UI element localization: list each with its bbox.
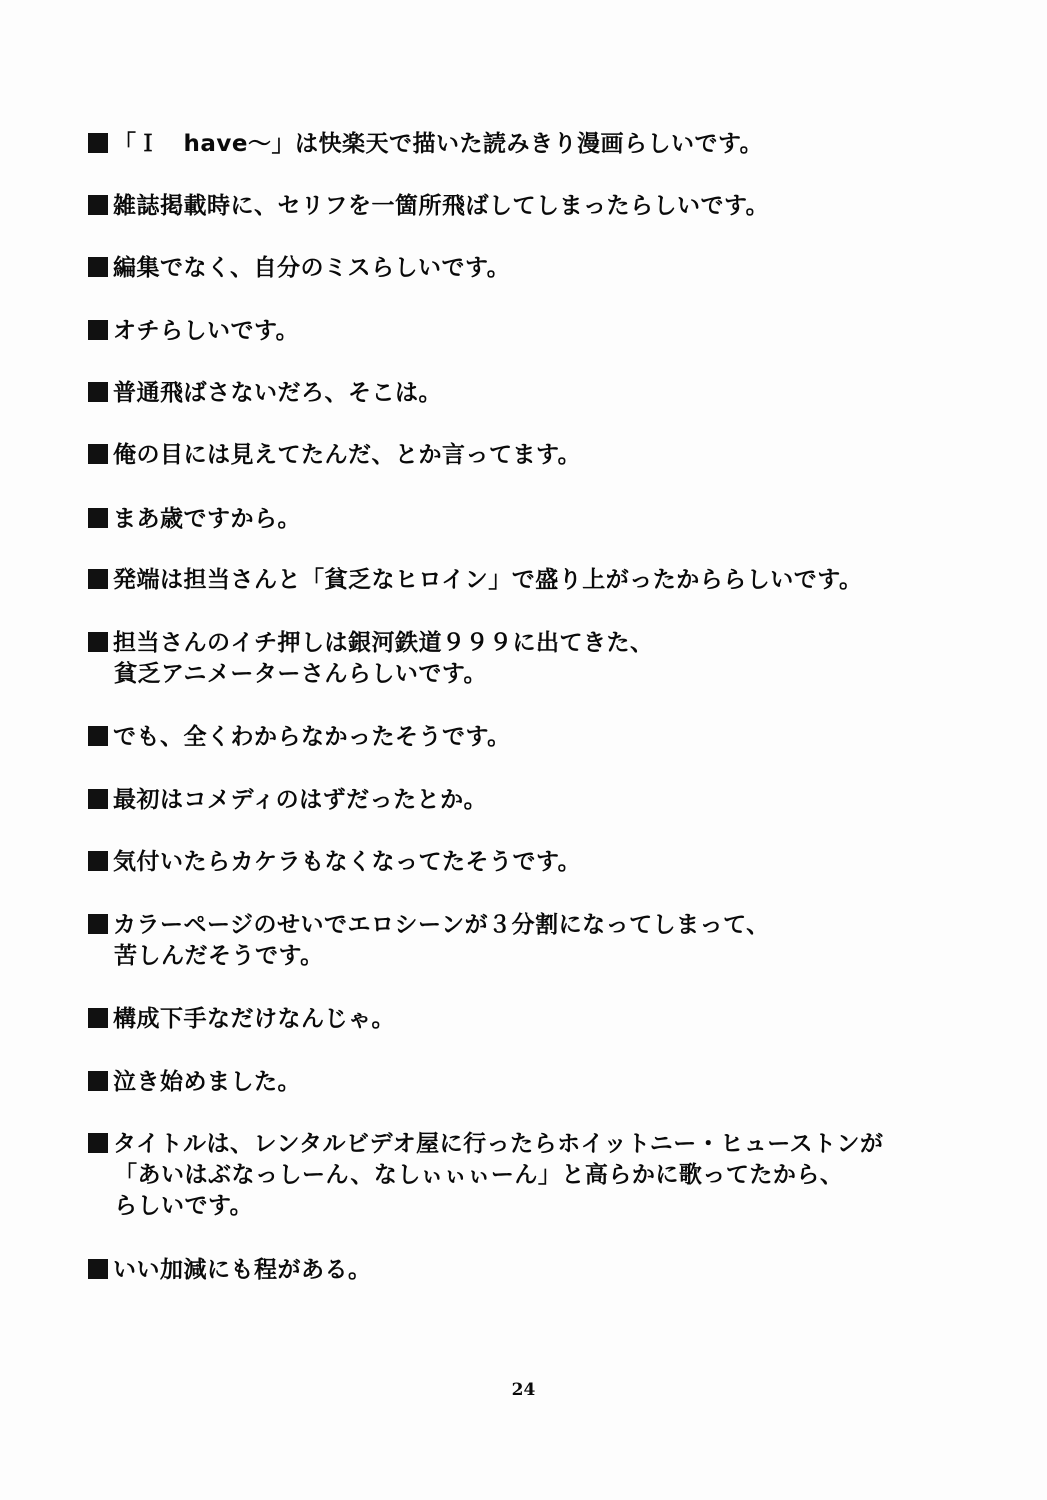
item-text: 担当さんのイチ押しは銀河鉄道９９９に出てきた、 (113, 630, 654, 656)
list-item: タイトルは、レンタルビデオ屋に行ったらホイットニー・ヒューストンが 「あいはぶな… (88, 1129, 884, 1222)
list-item: 俺の目には見えてたんだ、とか言ってます。 (88, 440, 581, 471)
list-item: カラーページのせいでエロシーンが３分割になってしまって、 苦しんだそうです。 (88, 910, 770, 972)
square-bullet-icon (88, 726, 108, 746)
item-text: 発端は担当さんと「貧乏なヒロイン」で盛り上がったかららしいです。 (113, 567, 862, 593)
list-item: 担当さんのイチ押しは銀河鉄道９９９に出てきた、 貧乏アニメーターさんらしいです。 (88, 628, 654, 690)
square-bullet-icon (88, 320, 108, 340)
item-text-continued: 「あいはぶなっしーん、なしぃぃぃーん」と高らかに歌ってたから、 (88, 1160, 884, 1191)
square-bullet-icon (88, 1133, 108, 1153)
square-bullet-icon (88, 444, 108, 464)
item-text-continued: 貧乏アニメーターさんらしいです。 (88, 659, 654, 690)
item-text: 最初はコメディのはずだったとか。 (113, 787, 487, 813)
list-item: 「Ｉ have～」は快楽天で描いた読みきり漫画らしいです。 (88, 129, 763, 160)
square-bullet-icon (88, 914, 108, 934)
square-bullet-icon (88, 133, 108, 153)
document-page: 「Ｉ have～」は快楽天で描いた読みきり漫画らしいです。 雑誌掲載時に、セリフ… (0, 0, 1047, 1500)
item-text-continued: らしいです。 (88, 1191, 884, 1222)
item-text: カラーページのせいでエロシーンが３分割になってしまって、 (113, 912, 770, 938)
item-text: 普通飛ばさないだろ、そこは。 (113, 380, 442, 406)
list-item: 雑誌掲載時に、セリフを一箇所飛ばしてしまったらしいです。 (88, 191, 769, 222)
square-bullet-icon (88, 382, 108, 402)
item-text: でも、全くわからなかったそうです。 (113, 724, 511, 750)
square-bullet-icon (88, 851, 108, 871)
list-item: 普通飛ばさないだろ、そこは。 (88, 378, 442, 409)
item-text: 俺の目には見えてたんだ、とか言ってます。 (113, 442, 581, 468)
list-item: オチらしいです。 (88, 316, 299, 347)
square-bullet-icon (88, 569, 108, 589)
item-text: まあ歳ですから。 (113, 506, 301, 532)
square-bullet-icon (88, 508, 108, 528)
square-bullet-icon (88, 632, 108, 652)
square-bullet-icon (88, 1259, 108, 1279)
list-item: 最初はコメディのはずだったとか。 (88, 785, 487, 816)
list-item: 泣き始めました。 (88, 1067, 301, 1098)
item-text: オチらしいです。 (113, 318, 299, 344)
square-bullet-icon (88, 1071, 108, 1091)
square-bullet-icon (88, 195, 108, 215)
list-item: でも、全くわからなかったそうです。 (88, 722, 511, 753)
list-item: 気付いたらカケラもなくなってたそうです。 (88, 847, 581, 878)
square-bullet-icon (88, 789, 108, 809)
item-text: タイトルは、レンタルビデオ屋に行ったらホイットニー・ヒューストンが (113, 1131, 884, 1157)
list-item: まあ歳ですから。 (88, 504, 301, 535)
item-text-continued: 苦しんだそうです。 (88, 941, 770, 972)
list-item: 編集でなく、自分のミスらしいです。 (88, 253, 510, 284)
square-bullet-icon (88, 1008, 108, 1028)
item-text: 編集でなく、自分のミスらしいです。 (113, 255, 510, 281)
item-text: いい加減にも程がある。 (113, 1257, 372, 1283)
square-bullet-icon (88, 257, 108, 277)
list-item: いい加減にも程がある。 (88, 1255, 372, 1286)
item-text: 泣き始めました。 (113, 1069, 301, 1095)
item-text: 構成下手なだけなんじゃ。 (113, 1006, 395, 1032)
list-item: 発端は担当さんと「貧乏なヒロイン」で盛り上がったかららしいです。 (88, 565, 862, 596)
item-text: 雑誌掲載時に、セリフを一箇所飛ばしてしまったらしいです。 (113, 193, 769, 219)
list-item: 構成下手なだけなんじゃ。 (88, 1004, 395, 1035)
item-text: 気付いたらカケラもなくなってたそうです。 (113, 849, 581, 875)
item-text: 「Ｉ have～」は快楽天で描いた読みきり漫画らしいです。 (113, 131, 763, 157)
page-number: 24 (0, 1380, 1047, 1400)
